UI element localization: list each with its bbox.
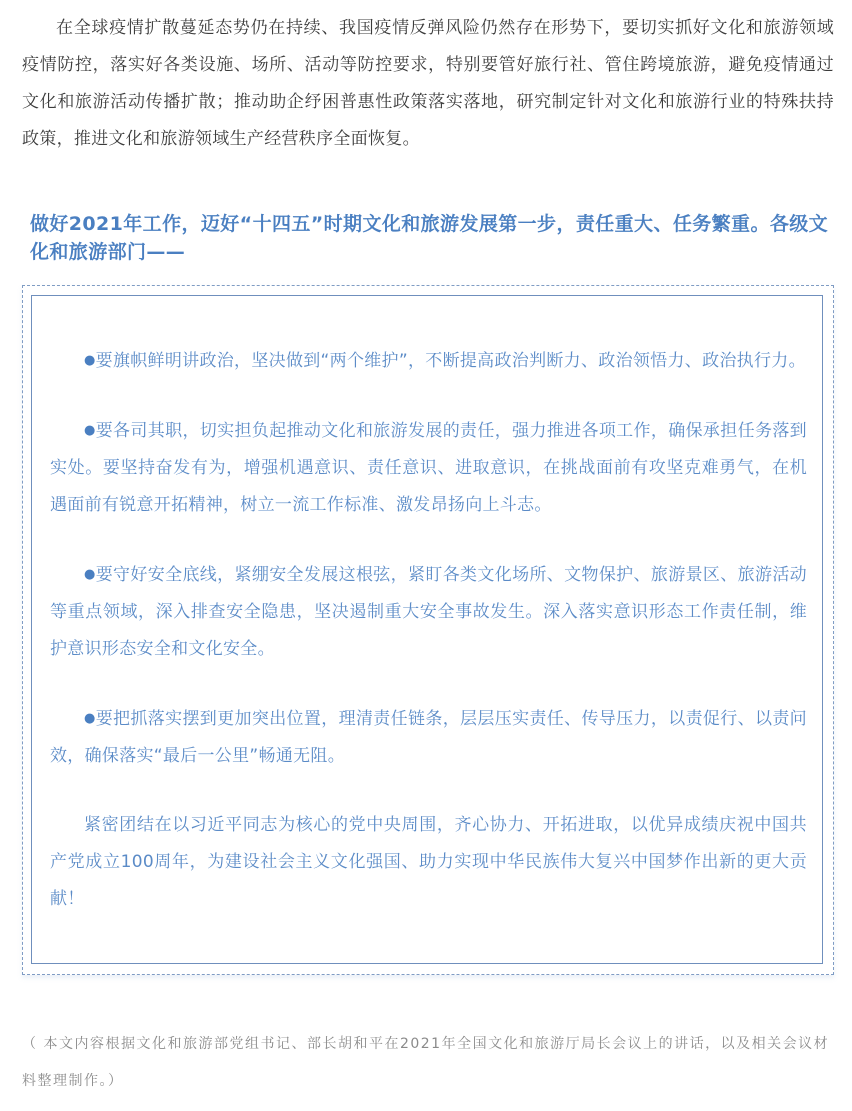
list-item: ●要旗帜鲜明讲政治，坚决做到“两个维护”，不断提高政治判断力、政治领悟力、政治执… — [50, 342, 807, 380]
list-item-text: 要守好安全底线，紧绷安全发展这根弦，紧盯各类文化场所、文物保护、旅游景区、旅游活… — [50, 565, 807, 659]
list-item: ●要守好安全底线，紧绷安全发展这根弦，紧盯各类文化场所、文物保护、旅游景区、旅游… — [50, 556, 807, 668]
list-item-text: 要旗帜鲜明讲政治，坚决做到“两个维护”，不断提高政治判断力、政治领悟力、政治执行… — [96, 351, 806, 371]
quote-box-content: ●要旗帜鲜明讲政治，坚决做到“两个维护”，不断提高政治判断力、政治领悟力、政治执… — [50, 342, 807, 950]
list-item: ●要各司其职，切实担负起推动文化和旅游发展的责任，强力推进各项工作，确保承担任务… — [50, 412, 807, 524]
quote-box-inner-frame: ●要旗帜鲜明讲政治，坚决做到“两个维护”，不断提高政治判断力、政治领悟力、政治执… — [31, 295, 823, 964]
quote-box-outer-dashed-frame: ●要旗帜鲜明讲政治，坚决做到“两个维护”，不断提高政治判断力、政治领悟力、政治执… — [22, 285, 834, 975]
bullet-dot-icon: ● — [84, 711, 96, 726]
closing-paragraph: 紧密团结在以习近平同志为核心的党中央周围，齐心协力、开拓进取，以优异成绩庆祝中国… — [50, 807, 807, 918]
bullet-dot-icon: ● — [84, 567, 96, 582]
bullet-dot-icon: ● — [84, 353, 96, 368]
source-footnote: （ 本文内容根据文化和旅游部党组书记、部长胡和平在2021年全国文化和旅游厅局长… — [22, 1026, 834, 1100]
section-heading: 做好2021年工作，迈好“十四五”时期文化和旅游发展第一步，责任重大、任务繁重。… — [30, 210, 830, 266]
list-item: ●要把抓落实摆到更加突出位置，理清责任链条，层层压实责任、传导压力，以责促行、以… — [50, 700, 807, 775]
list-item-text: 要各司其职，切实担负起推动文化和旅游发展的责任，强力推进各项工作，确保承担任务落… — [50, 421, 807, 515]
list-item-text: 要把抓落实摆到更加突出位置，理清责任链条，层层压实责任、传导压力，以责促行、以责… — [50, 709, 807, 766]
bullet-dot-icon: ● — [84, 423, 96, 438]
intro-paragraph: 在全球疫情扩散蔓延态势仍在持续、我国疫情反弹风险仍然存在形势下，要切实抓好文化和… — [22, 10, 834, 158]
